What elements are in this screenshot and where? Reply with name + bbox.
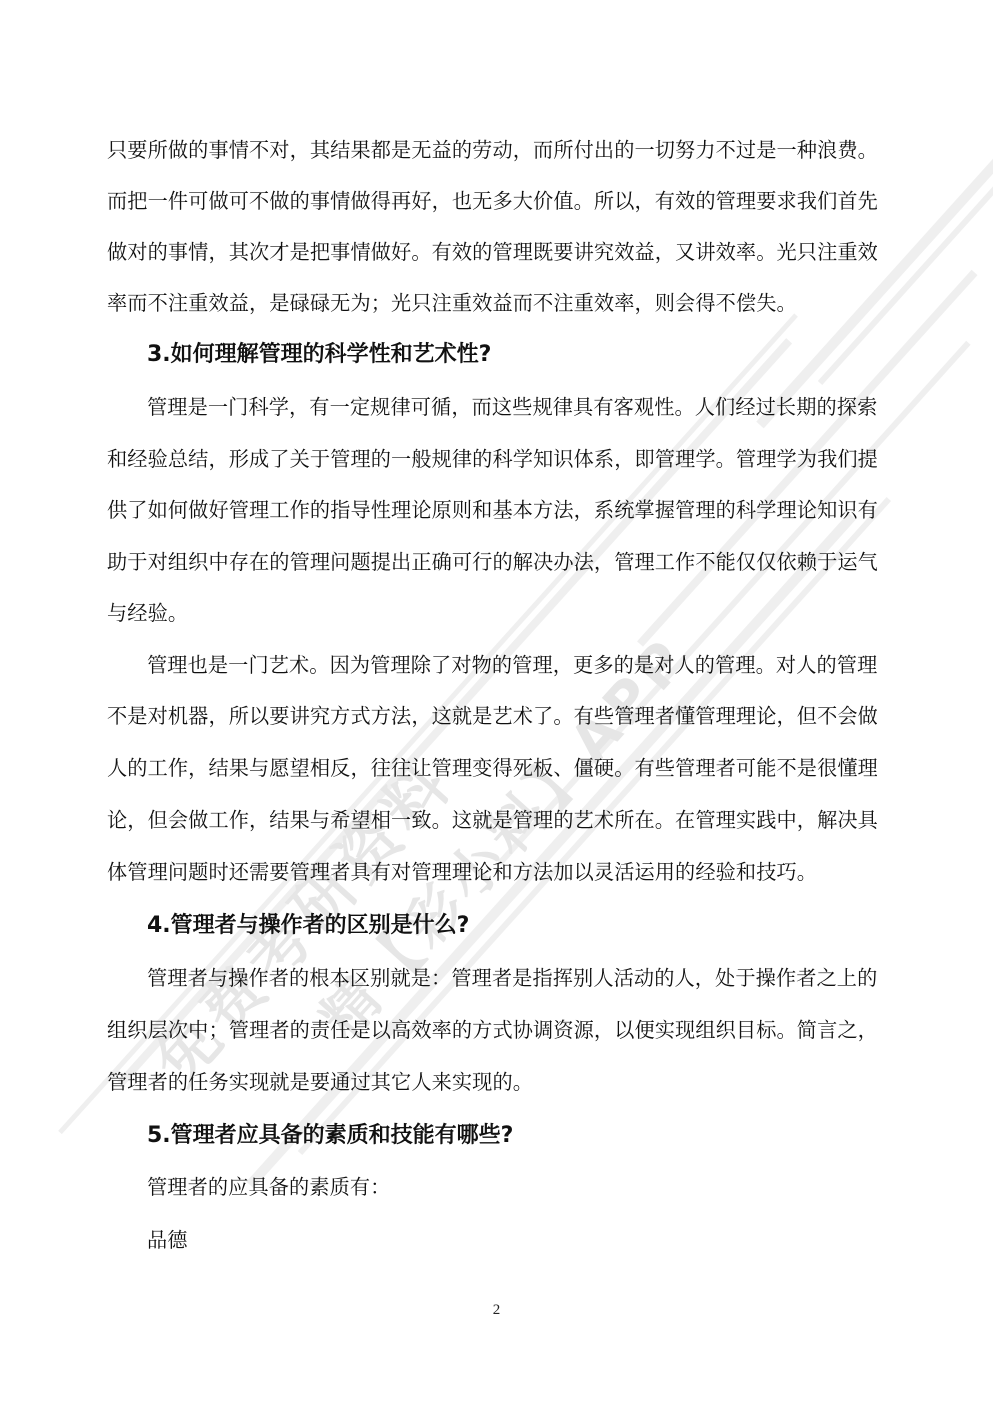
- section-heading: 3.如何理解管理的科学性和艺术性?: [147, 338, 491, 372]
- page-number: 2: [0, 1302, 993, 1319]
- paragraph-line: 管理是一门科学，有一定规律可循，而这些规律具有客观性。人们经过长期的探索: [147, 392, 877, 422]
- paragraph-line: 和经验总结，形成了关于管理的一般规律的科学知识体系，即管理学。管理学为我们提: [107, 444, 877, 474]
- paragraph-line: 组织层次中；管理者的责任是以高效率的方式协调资源，以便实现组织目标。简言之，: [107, 1015, 877, 1045]
- document-page: 免费考研资料 精【彩小料】APP 只要所做的事情不对，其结果都是无益的劳动，而所…: [0, 0, 993, 1404]
- paragraph-line: 管理者的任务实现就是要通过其它人来实现的。: [107, 1067, 877, 1097]
- paragraph-line: 助于对组织中存在的管理问题提出正确可行的解决办法，管理工作不能仅仅依赖于运气: [107, 547, 877, 577]
- watermark-stripe: [756, 124, 993, 428]
- paragraph-line: 论，但会做工作，结果与希望相一致。这就是管理的艺术所在。在管理实践中，解决具: [107, 805, 877, 835]
- section-heading: 4.管理者与操作者的区别是什么?: [147, 909, 469, 943]
- paragraph-line: 供了如何做好管理工作的指导性理论原则和基本方法，系统掌握管理的科学理论知识有: [107, 495, 877, 525]
- paragraph-line: 与经验。: [107, 598, 877, 628]
- paragraph-line: 而把一件可做可不做的事情做得再好，也无多大价值。所以，有效的管理要求我们首先: [107, 186, 877, 216]
- paragraph-line: 管理也是一门艺术。因为管理除了对物的管理，更多的是对人的管理。对人的管理，: [147, 650, 877, 680]
- paragraph-line: 不是对机器，所以要讲究方式方法，这就是艺术了。有些管理者懂管理理论，但不会做: [107, 701, 877, 731]
- section-heading: 5.管理者应具备的素质和技能有哪些?: [147, 1119, 513, 1153]
- paragraph-line: 人的工作，结果与愿望相反，往往让管理变得死板、僵硬。有些管理者可能不是很懂理: [107, 753, 877, 783]
- paragraph-line: 做对的事情，其次才是把事情做好。有效的管理既要讲究效益，又讲效率。光只注重效: [107, 237, 877, 267]
- paragraph-line: 只要所做的事情不对，其结果都是无益的劳动，而所付出的一切努力不过是一种浪费。: [107, 135, 877, 165]
- paragraph-line: 管理者的应具备的素质有：: [147, 1172, 877, 1202]
- paragraph-line: 率而不注重效益，是碌碌无为；光只注重效益而不注重效率，则会得不偿失。: [107, 288, 877, 318]
- paragraph-line: 体管理问题时还需要管理者具有对管理理论和方法加以灵活运用的经验和技巧。: [107, 857, 877, 887]
- paragraph-line: 管理者与操作者的根本区别就是：管理者是指挥别人活动的人，处于操作者之上的: [147, 963, 877, 993]
- paragraph-line: 品德: [147, 1225, 877, 1255]
